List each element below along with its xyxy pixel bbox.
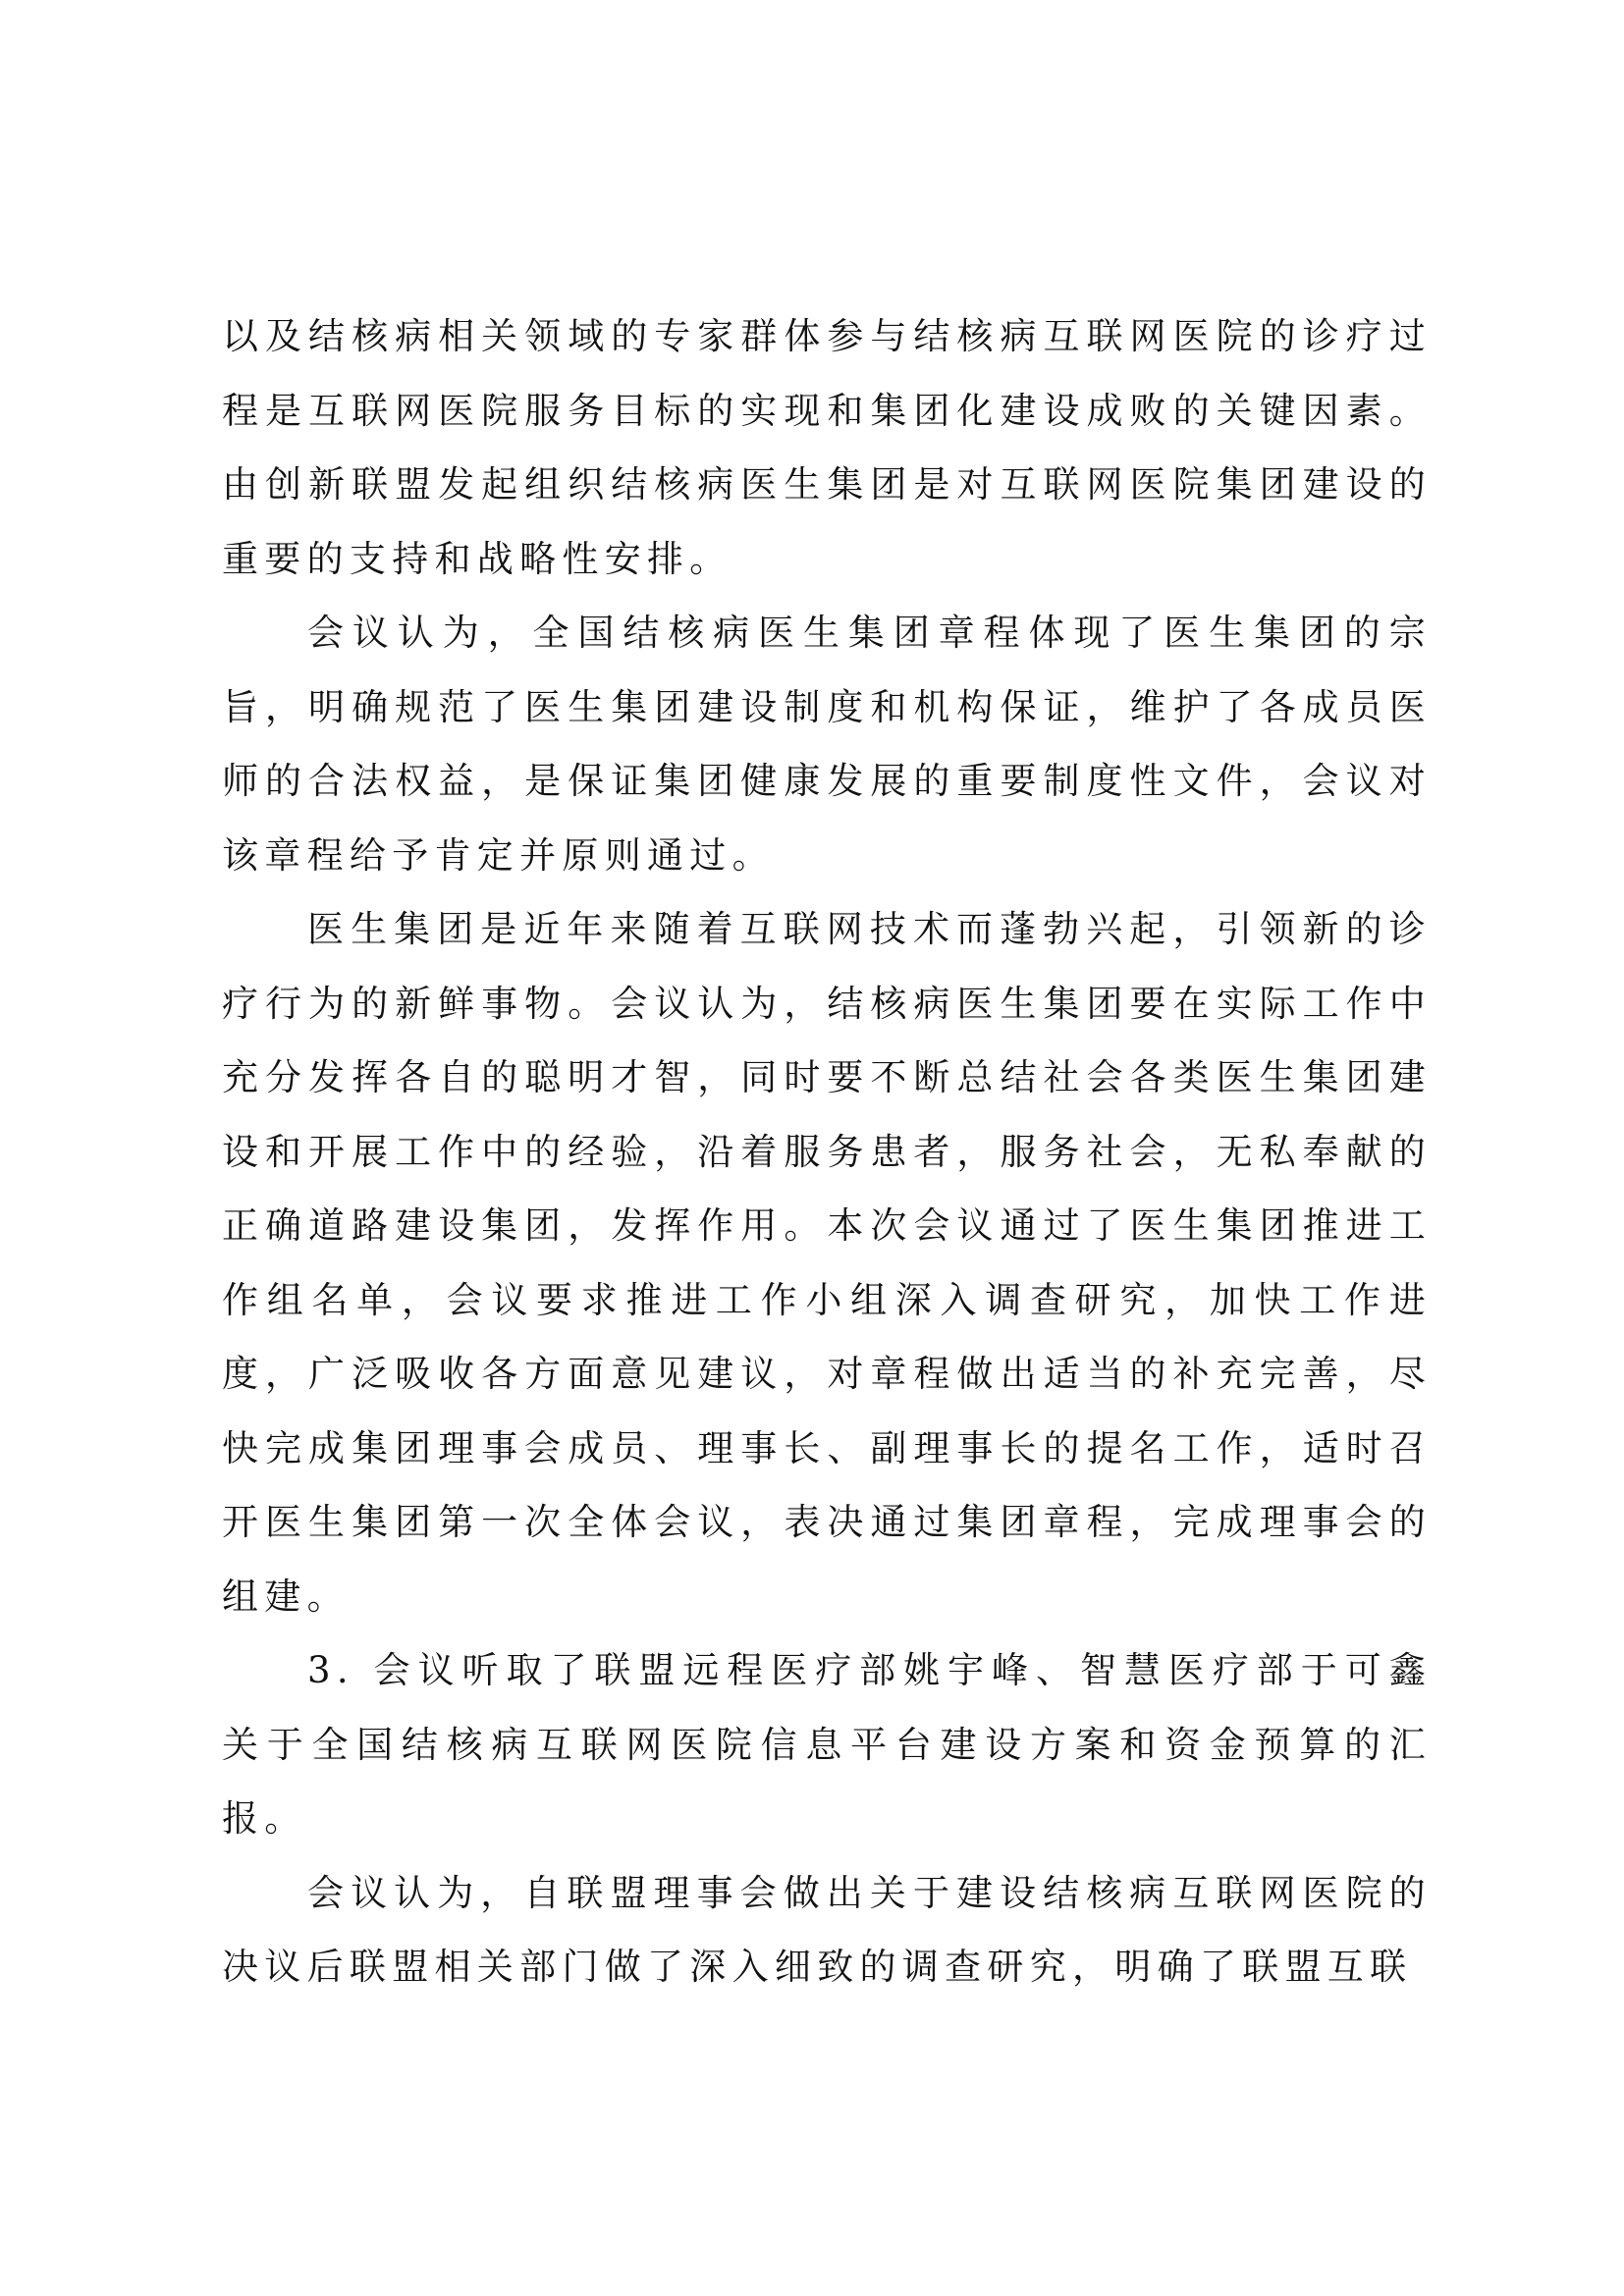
- paragraph-continuation: 以及结核病相关领域的专家群体参与结核病互联网医院的诊疗过程是互联网医院服务目标的…: [222, 299, 1432, 596]
- paragraph-item-3-report: 3. 会议听取了联盟远程医疗部姚宇峰、智慧医疗部于可鑫关于全国结核病互联网医院信…: [222, 1633, 1432, 1856]
- document-page: 以及结核病相关领域的专家群体参与结核病互联网医院的诊疗过程是互联网医院服务目标的…: [222, 299, 1432, 2004]
- paragraph-charter-approval: 会议认为，全国结核病医生集团章程体现了医生集团的宗旨，明确规范了医生集团建设制度…: [222, 596, 1432, 892]
- paragraph-doctor-group: 医生集团是近年来随着互联网技术而蓬勃兴起，引领新的诊疗行为的新鲜事物。会议认为，…: [222, 892, 1432, 1633]
- paragraph-meeting-opinion: 会议认为，自联盟理事会做出关于建设结核病互联网医院的决议后联盟相关部门做了深入细…: [222, 1856, 1432, 2004]
